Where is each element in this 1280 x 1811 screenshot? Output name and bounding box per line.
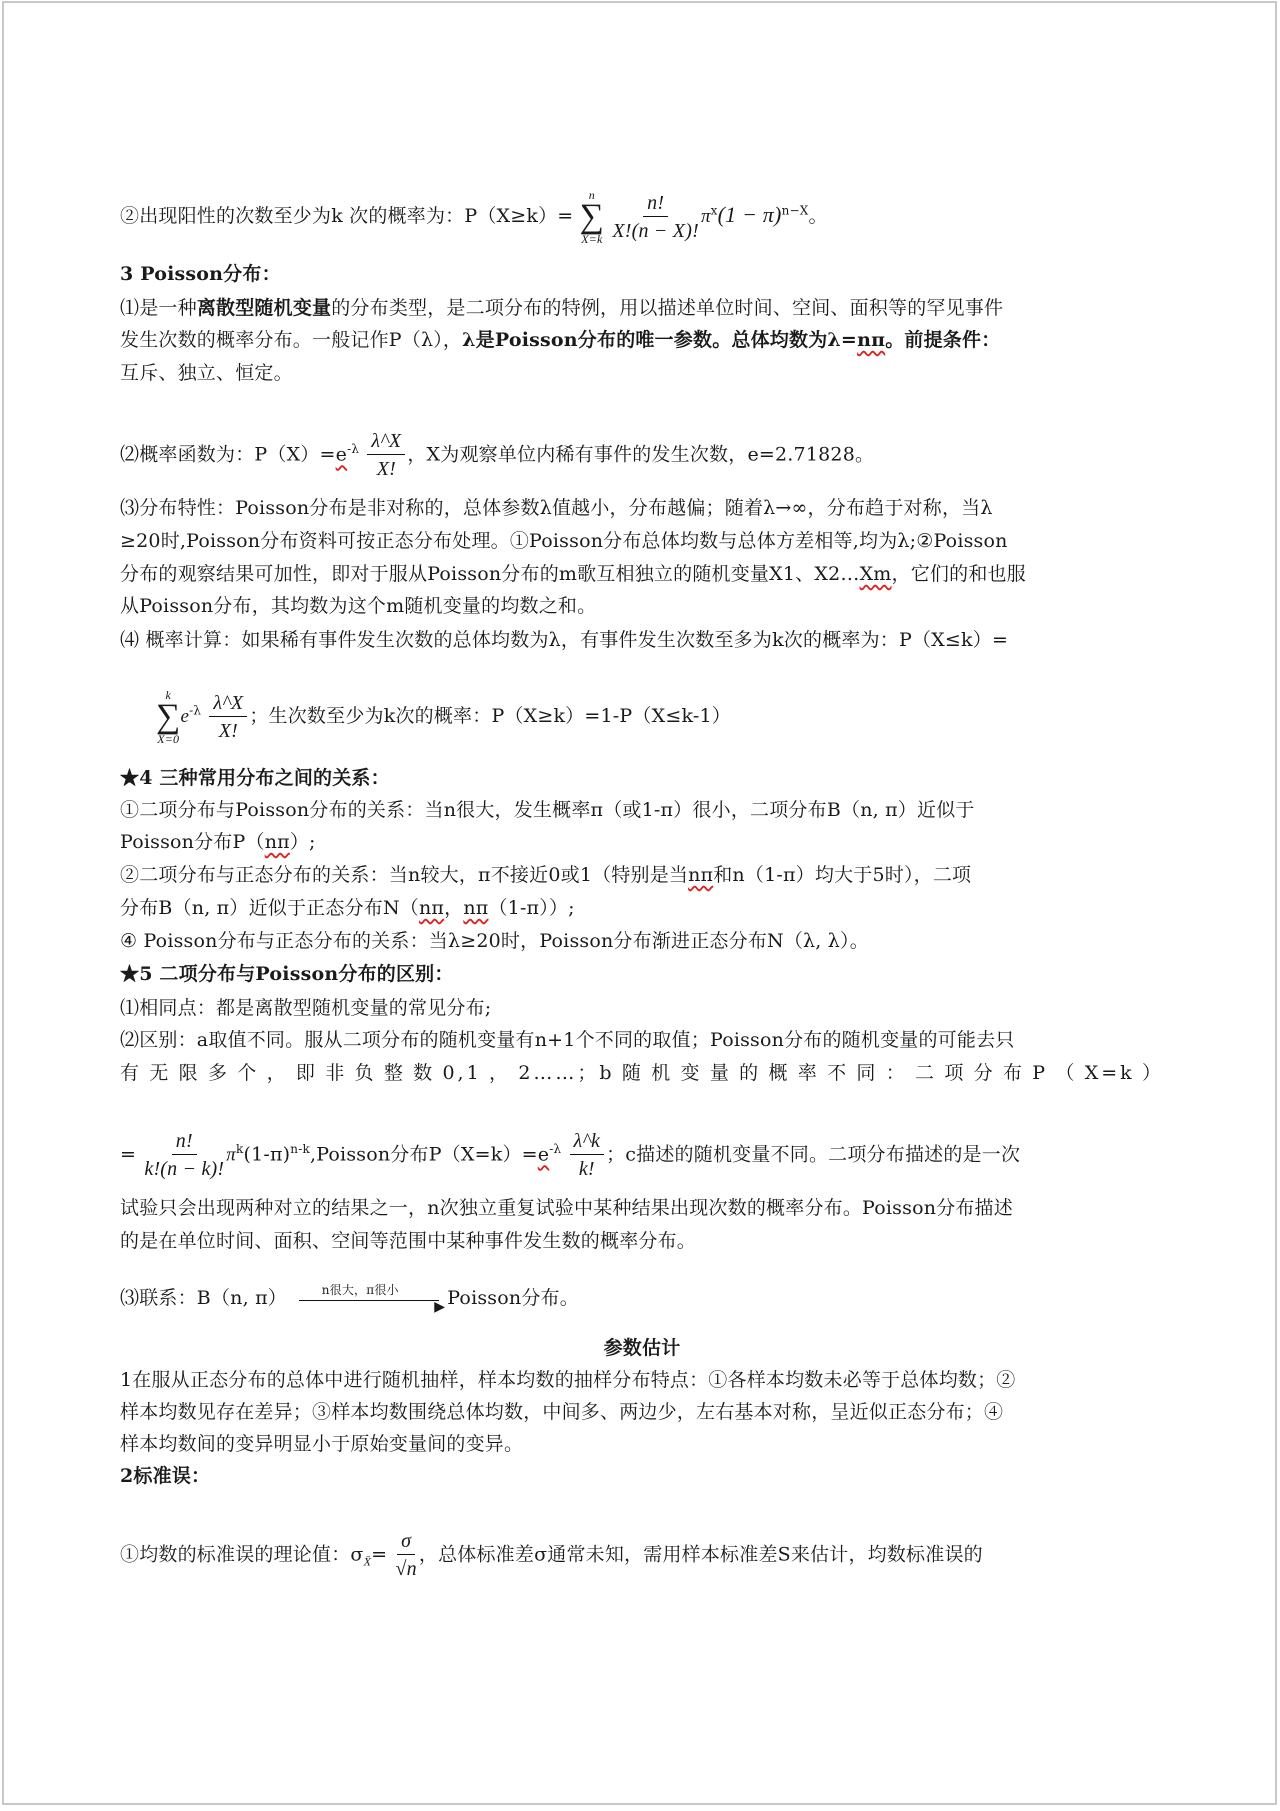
paragraph: ≥20时,Poisson分布资料可按正态分布处理。①Poisson分布总体均数与… — [120, 526, 1164, 556]
paragraph: 分布的观察结果可加性，即对于服从Poisson分布的m歌互相独立的随机变量X1、… — [120, 559, 1164, 589]
paragraph: ②二项分布与正态分布的关系：当n较大，π不接近0或1（特别是当nπ和n（1-π）… — [120, 860, 1164, 890]
paragraph: ⑷ 概率计算：如果稀有事件发生次数的总体均数为λ，有事件发生次数至多为k次的概率… — [120, 625, 1164, 655]
summation: n ∑ X=k — [580, 188, 604, 246]
paragraph: 分布B（n, π）近似于正态分布N（nπ，nπ（1-π））; — [120, 893, 1164, 923]
paragraph: 样本均数见存在差异；③样本均数围绕总体均数，中间多、两边少，左右基本对称，呈近似… — [120, 1397, 1164, 1427]
paragraph: ④ Poisson分布与正态分布的关系：当λ≥20时，Poisson分布渐进正态… — [120, 926, 1164, 956]
document-page: ②出现阳性的次数至少为k 次的概率为：P（X≥k）= n ∑ X=k n! X!… — [2, 1, 1277, 1805]
paragraph: ⑴是一种离散型随机变量的分布类型，是二项分布的特例，用以描述单位时间、空间、面积… — [120, 293, 1164, 323]
poisson-cdf-line: k ∑ X=0 e-λ λ^X X! ；生次数至少为k次的概率：P（X≥k）=1… — [156, 688, 1200, 746]
binomial-at-least-k-formula: ②出现阳性的次数至少为k 次的概率为：P（X≥k）= n ∑ X=k n! X!… — [120, 188, 1164, 246]
poisson-pmf-line: ⑵概率函数为：P（X）=e-λ λ^X X! ，X为观察单位内稀有事件的发生次数… — [120, 428, 1164, 483]
fraction: n! X!(n − X)! — [612, 190, 699, 245]
paragraph: 互斥、独立、恒定。 — [120, 358, 1164, 388]
fraction: λ^X X! — [209, 690, 247, 745]
paragraph: ⑵区别：a取值不同。服从二项分布的随机变量有n+1个不同的取值；Poisson分… — [120, 1025, 1164, 1055]
section-heading-relations: ★4 三种常用分布之间的关系： — [120, 763, 1164, 793]
fraction: λ^k k! — [570, 1128, 605, 1183]
section-heading-differences: ★5 二项分布与Poisson分布的区别： — [120, 959, 1164, 989]
paragraph: ①二项分布与Poisson分布的关系：当n很大，发生概率π（或1-π）很小，二项… — [120, 795, 1164, 825]
paragraph: 试验只会出现两种对立的结果之一，n次独立重复试验中某种结果出现次数的概率分布。P… — [120, 1193, 1164, 1223]
paragraph: 从Poisson分布，其均数为这个m随机变量的均数之和。 — [120, 591, 1164, 621]
fraction: n! k!(n − k)! — [144, 1128, 224, 1183]
right-arrow-icon: n很大，π很小 ▶ — [295, 1289, 445, 1309]
fraction: σ √n — [395, 1528, 416, 1583]
pmf-comparison-line: = n! k!(n − k)! πk(1-π)n-k,Poisson分布P（X=… — [120, 1128, 1164, 1183]
relation-line: ⑶联系：B（n, π） n很大，π很小 ▶ Poisson分布。 — [120, 1283, 1164, 1313]
paragraph: 发生次数的概率分布。一般记作P（λ），λ是Poisson分布的唯一参数。总体均数… — [120, 325, 1164, 355]
section-heading-poisson: 3 Poisson分布： — [120, 259, 1164, 289]
paragraph: Poisson分布P（nπ）; — [120, 827, 1164, 857]
fraction: λ^X X! — [367, 428, 405, 483]
paragraph: ⑶分布特性：Poisson分布是非对称的，总体参数λ值越小，分布越偏；随着λ→∞… — [120, 493, 1164, 523]
section-heading-standard-error: 2标准误： — [120, 1461, 1164, 1491]
summation: k ∑ X=0 — [156, 688, 180, 746]
paragraph: ⑴相同点：都是离散型随机变量的常见分布; — [120, 993, 1164, 1023]
paragraph: 样本均数间的变异明显小于原始变量间的变异。 — [120, 1429, 1164, 1459]
paragraph: 有无限多个，即非负整数0,1，2……；b随机变量的概率不同：二项分布P（X=k） — [120, 1058, 1164, 1088]
formula-prefix: ②出现阳性的次数至少为k 次的概率为：P（X≥k）= — [120, 205, 573, 227]
paragraph: 1在服从正态分布的总体中进行随机抽样，样本均数的抽样分布特点：①各样本均数未必等… — [120, 1365, 1164, 1395]
section-title-estimation: 参数估计 — [120, 1333, 1164, 1363]
paragraph: 的是在单位时间、面积、空间等范围中某种事件发生数的概率分布。 — [120, 1226, 1164, 1256]
standard-error-formula-line: ①均数的标准误的理论值：σX̄= σ √n ，总体标准差σ通常未知，需用样本标准… — [120, 1528, 1164, 1583]
